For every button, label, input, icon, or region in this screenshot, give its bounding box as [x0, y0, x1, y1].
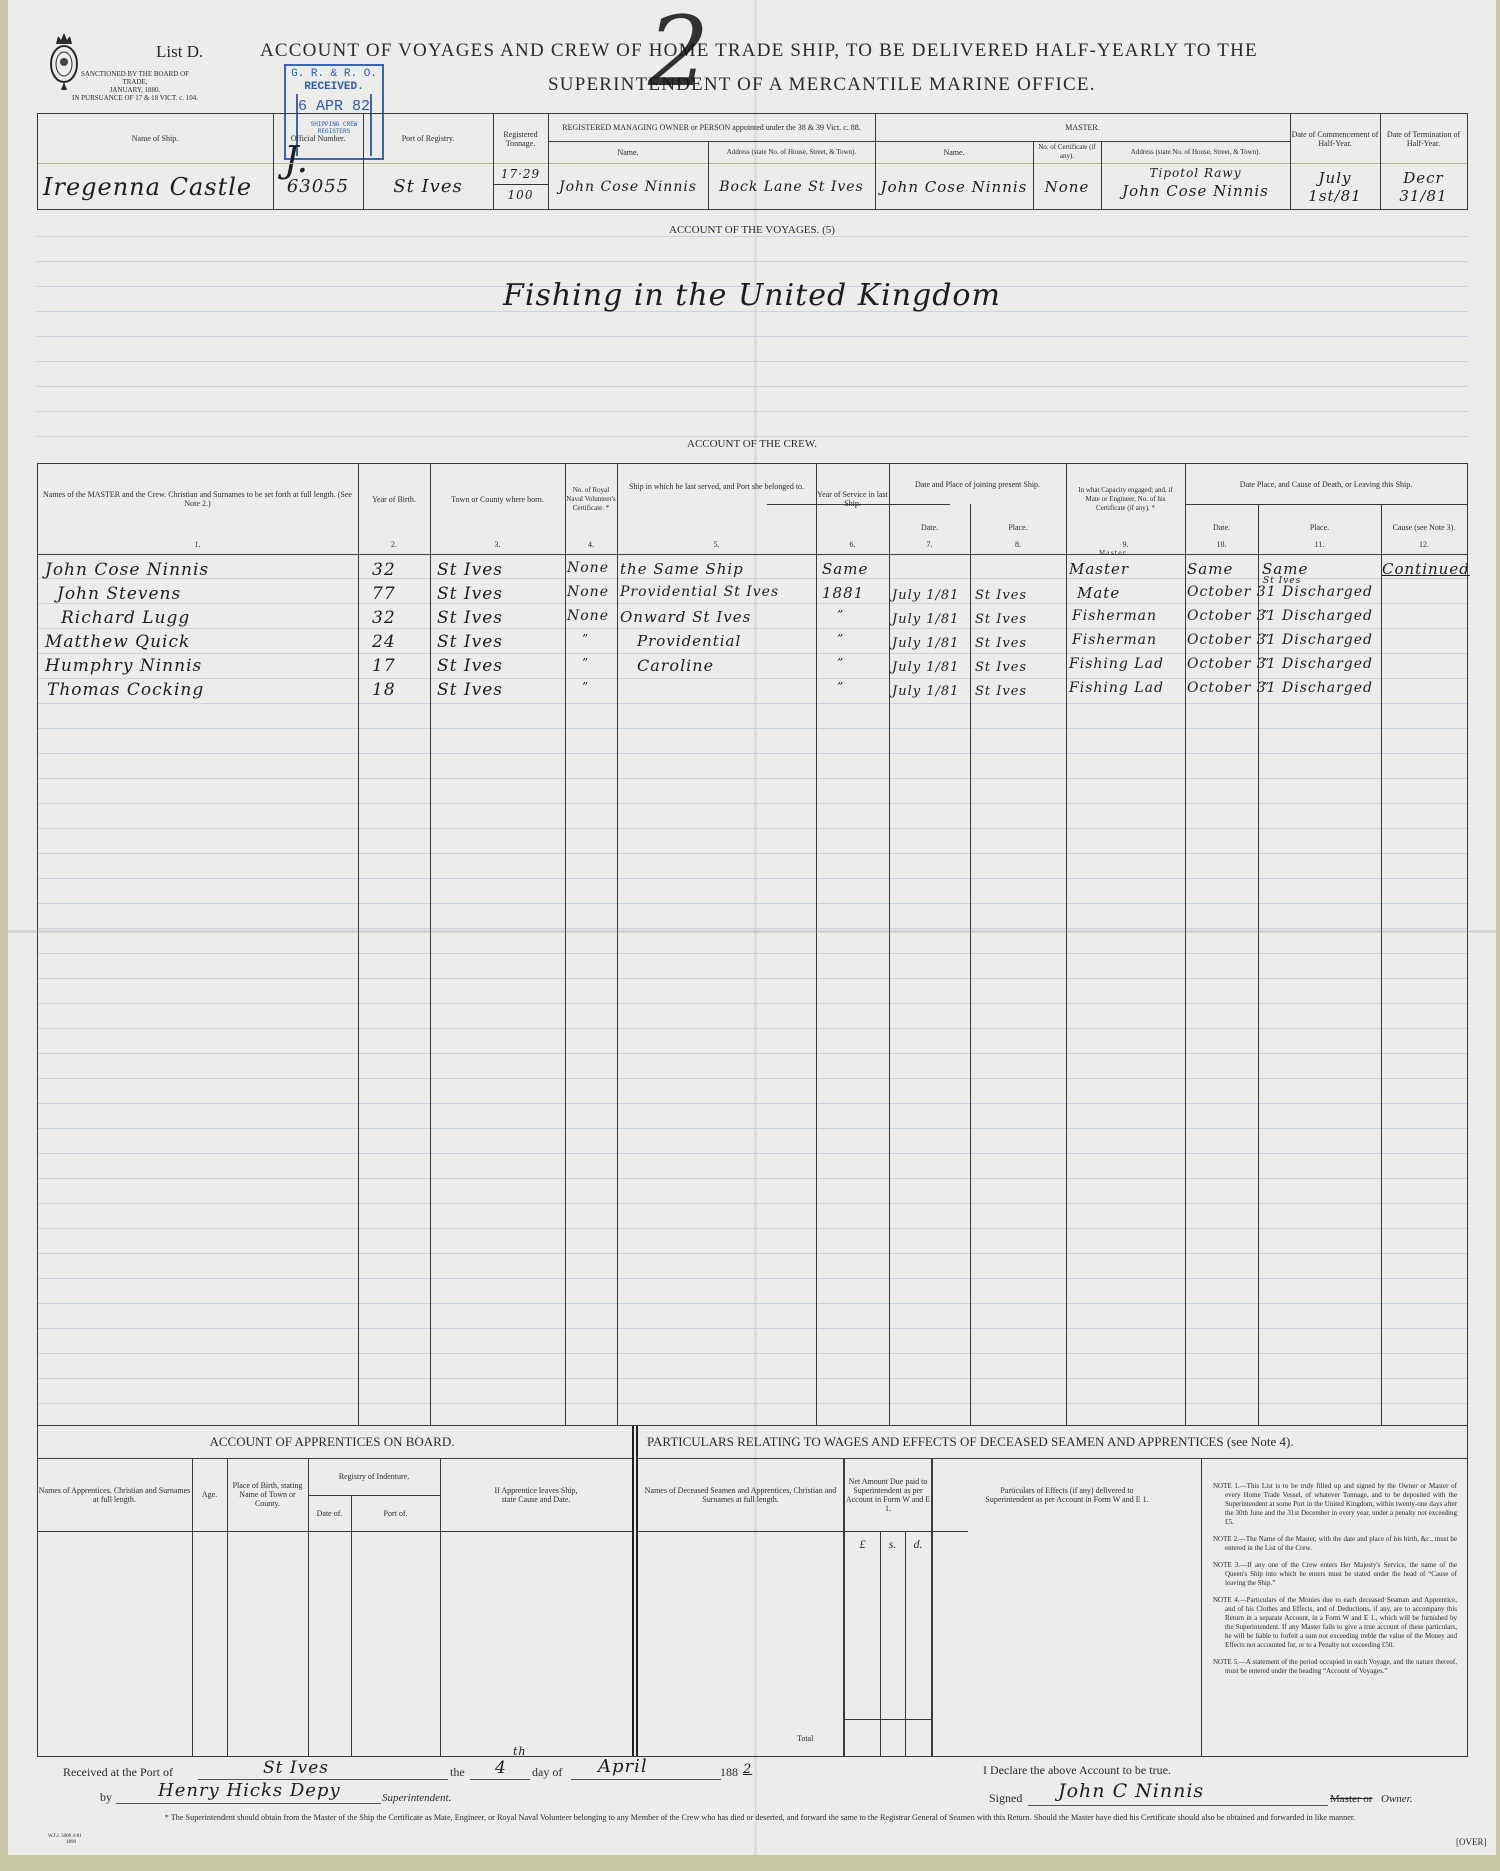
header-official-number: Official Number. [273, 114, 363, 163]
crew-heading: ACCOUNT OF THE CREW. [8, 438, 1496, 450]
note-4: NOTE 4.—Particulars of the Monies due to… [1213, 1596, 1457, 1650]
crew-cause: Discharged [1282, 632, 1373, 648]
crew-header-join-place: Place. [970, 519, 1066, 535]
superintendent-signature: Henry Hicks Depy [158, 1780, 341, 1801]
master-certificate-value: None [1033, 164, 1101, 209]
crew-rnv: ” [582, 680, 589, 694]
owner-label: Owner. [1381, 1793, 1412, 1805]
master-address-value: Tipotol Rawy John Cose Ninnis [1101, 164, 1290, 200]
crew-rnv: None [567, 584, 609, 600]
voyages-entry: Fishing in the United Kingdom [8, 278, 1496, 313]
currency-shillings: s. [880, 1534, 905, 1554]
commencement-value: July 1st/81 [1290, 164, 1380, 209]
crew-year: 32 [372, 560, 396, 580]
crew-last-ship: Caroline [637, 656, 714, 675]
month-value: April [598, 1756, 648, 1777]
crew-header-last-ship: Ship in which he last served, and Port s… [617, 464, 816, 509]
crew-name: Richard Lugg [61, 608, 190, 628]
ship-table: Name of Ship. Official Number. Port of R… [37, 113, 1468, 210]
crew-header-num-5: 5. [617, 534, 816, 554]
crew-born: St Ives [437, 608, 503, 628]
crew-row: Humphry Ninnis 17 St Ives ” Caroline ” J… [37, 656, 1468, 680]
sanction-text: SANCTIONED BY THE BOARD OF TRADE, JANUAR… [70, 70, 200, 102]
bottom-section: ACCOUNT OF APPRENTICES ON BOARD. Names o… [37, 1425, 1468, 1757]
crew-last-ship: the Same Ship [620, 560, 744, 578]
received-at-label: Received at the Port of [63, 1765, 173, 1780]
crew-capacity: Mate [1077, 584, 1120, 602]
header-owner-address: Address (state No. of House, Street, & T… [708, 141, 875, 163]
crew-join-date: July 1/81 [892, 660, 959, 675]
form-title-line2: SUPERINTENDENT OF A MERCANTILE MARINE OF… [548, 74, 1096, 96]
crew-join-place: St Ives [975, 588, 1027, 603]
currency-pounds: £ [845, 1534, 880, 1554]
crew-rnv: ” [582, 632, 589, 646]
official-number-value: 63055 [273, 164, 363, 209]
printer-mark: W.J.J. 5000 4-81 1899 [48, 1834, 82, 1846]
crew-year: 17 [372, 656, 396, 676]
crew-header-num-3: 3. [430, 534, 565, 554]
crew-capacity: Fisherman [1072, 632, 1157, 648]
currency-pence: d. [905, 1534, 931, 1554]
crew-name: John Stevens [57, 584, 181, 604]
crew-name: Humphry Ninnis [45, 656, 202, 676]
crew-join-place: St Ives [975, 660, 1027, 675]
page-number-mark: 2 [648, 0, 710, 108]
crew-header-leaving-group: Date Place, and Cause of Death, or Leavi… [1185, 464, 1467, 504]
crew-header-town-born: Town or County where born. [430, 464, 565, 534]
crew-join-place: St Ives [975, 612, 1027, 627]
year-prefix: 188 [720, 1765, 738, 1780]
crew-header-num-11: 11. [1258, 534, 1381, 554]
day-suffix: th [513, 1745, 527, 1758]
form-title-line1: ACCOUNT OF VOYAGES AND CREW OF HOME TRAD… [260, 40, 1480, 62]
crew-header-leave-place: Place. [1258, 519, 1381, 535]
crew-name: John Cose Ninnis [45, 560, 209, 580]
master-signature: John C Ninnis [1058, 1780, 1204, 1802]
apprentice-header-age: Age. [192, 1458, 227, 1531]
by-label: by [100, 1790, 112, 1805]
owner-name-value: John Cose Ninnis [548, 164, 708, 209]
crew-header-num-8: 8. [970, 534, 1066, 554]
month-field [571, 1779, 721, 1780]
crew-header-cause: Cause (see Note 3). [1381, 519, 1467, 535]
header-registered-tonnage: Registered Tonnage. [493, 114, 548, 163]
crew-rnv: None [567, 560, 609, 576]
crew-leave-place: ” [1263, 680, 1270, 694]
crew-name: Matthew Quick [45, 632, 190, 652]
header-termination: Date of Termination of Half-Year. [1380, 114, 1467, 163]
crew-row: John Stevens 77 St Ives None Providentia… [37, 584, 1468, 608]
over-label: [OVER] [1456, 1837, 1487, 1847]
crew-header-names: Names of the MASTER and the Crew. Christ… [37, 464, 358, 534]
crew-row: Thomas Cocking 18 St Ives ” ” July 1/81 … [37, 680, 1468, 704]
crew-join-place: St Ives [975, 684, 1027, 699]
crew-capacity-note: Master [1099, 550, 1127, 557]
deceased-heading: PARTICULARS RELATING TO WAGES AND EFFECT… [647, 1434, 1468, 1450]
crew-header-num-7: 7. [889, 534, 970, 554]
list-label: List D. [156, 42, 203, 62]
crew-name: Thomas Cocking [47, 680, 204, 700]
footnote-text: * The Superintendent should obtain from … [40, 1812, 1480, 1823]
deceased-header-names: Names of Deceased Seamen and Apprentices… [638, 1458, 843, 1531]
crew-header-joining-group: Date and Place of joining present Ship. [889, 464, 1066, 504]
crew-leave-place: ” [1263, 608, 1270, 622]
crew-service-year: ” [837, 632, 844, 646]
termination-value: Decr 31/81 [1380, 164, 1467, 209]
superintendent-field [116, 1803, 381, 1804]
day-value: 4 [495, 1758, 507, 1778]
voyages-heading: ACCOUNT OF THE VOYAGES. (5) [8, 224, 1496, 236]
note-2: NOTE 2.—The Name of the Master, with the… [1213, 1535, 1457, 1553]
the-label: the [450, 1765, 465, 1780]
header-name-of-ship: Name of Ship. [37, 114, 273, 163]
crew-service-year: Same [822, 560, 868, 578]
crew-rnv: ” [582, 656, 589, 670]
day-of-label: day of [532, 1765, 562, 1780]
port-of-registry-value: St Ives [363, 164, 493, 209]
form-page: List D. ACCOUNT OF VOYAGES AND CREW OF H… [8, 0, 1496, 1855]
declaration-text: I Declare the above Account to be true. [983, 1763, 1171, 1778]
fold-crease [8, 930, 1496, 933]
header-master-address: Address (state No. of House, Street, & T… [1101, 141, 1290, 163]
note-1: NOTE 1.—This List is to be truly filled … [1213, 1482, 1457, 1527]
apprentice-header-port-of: Port of. [351, 1495, 440, 1531]
crew-header-num-12: 12. [1381, 534, 1467, 554]
crew-service-year: ” [837, 680, 844, 694]
superintendent-label: Superintendent. [382, 1792, 451, 1804]
header-owner-group: REGISTERED MANAGING OWNER or PERSON appo… [548, 114, 875, 141]
crew-header-num-10: 10. [1185, 534, 1258, 554]
crew-header-num-6: 6. [816, 534, 889, 554]
crew-cause: Discharged [1282, 656, 1373, 672]
crew-year: 18 [372, 680, 396, 700]
crew-born: St Ives [437, 632, 503, 652]
ship-name-value: Iregenna Castle [37, 164, 279, 209]
apprentice-header-birthplace: Place of Birth, stating Name of Town or … [227, 1458, 308, 1531]
crew-cause: Discharged [1282, 608, 1373, 624]
crew-header-service-year: Year of Service in last Ship. [816, 464, 889, 534]
signed-label: Signed [989, 1791, 1022, 1806]
crew-last-ship: Onward St Ives [620, 608, 751, 626]
owner-address-value: Bock Lane St Ives [708, 164, 875, 209]
header-master-name: Name. [875, 141, 1033, 163]
crew-cause: Continued [1382, 560, 1470, 578]
crew-capacity: Fishing Lad [1069, 656, 1164, 672]
crew-header-num-2: 2. [358, 534, 430, 554]
crew-row: Richard Lugg 32 St Ives None Onward St I… [37, 608, 1468, 632]
year-suffix: 2 [743, 1762, 752, 1777]
header-owner-name: Name. [548, 141, 708, 163]
crew-join-date: July 1/81 [892, 588, 959, 603]
crew-cause: Discharged [1282, 584, 1373, 600]
crew-header-capacity: In what Capacity engaged; and, if Mate o… [1066, 464, 1185, 534]
day-field [470, 1779, 530, 1780]
crew-leave-place: ” [1263, 632, 1270, 646]
crew-join-date: July 1/81 [892, 636, 959, 651]
crew-header-join-date: Date. [889, 519, 970, 535]
apprentices-heading: ACCOUNT OF APPRENTICES ON BOARD. [37, 1434, 627, 1450]
crew-header-num-1: 1. [37, 534, 358, 554]
crew-header-leave-date: Date. [1185, 519, 1258, 535]
deceased-total-label: Total [797, 1734, 813, 1743]
crew-capacity: Fisherman [1072, 608, 1157, 624]
crew-join-date: July 1/81 [892, 684, 959, 699]
crew-year: 24 [372, 632, 396, 652]
crew-born: St Ives [437, 680, 503, 700]
crew-service-year: 1881 [822, 584, 864, 602]
crew-born: St Ives [437, 656, 503, 676]
notes-block: NOTE 1.—This List is to be truly filled … [1213, 1482, 1457, 1684]
crew-last-ship: Providential St Ives [620, 584, 779, 600]
crew-leave-date: October 31 [1187, 584, 1277, 600]
apprentice-header-registry: Registry of Indenture. [308, 1458, 440, 1495]
crew-last-ship: Providential [637, 632, 741, 650]
signature-field [1028, 1805, 1328, 1806]
crew-capacity: Fishing Lad [1069, 680, 1164, 696]
header-port-of-registry: Port of Registry. [363, 114, 493, 163]
crew-leave-place: ” [1263, 656, 1270, 670]
crew-row: John Cose Ninnis 32 St Ives None the Sam… [37, 560, 1468, 584]
crew-header-rnv-certificate: No. of Royal Naval Volunteer's Certifica… [565, 464, 617, 534]
header-master-group: MASTER. [875, 114, 1290, 141]
crew-capacity: Master [1069, 560, 1129, 578]
crew-join-place: St Ives [975, 636, 1027, 651]
apprentice-header-names: Names of Apprentices. Christian and Surn… [37, 1458, 192, 1531]
crew-service-year: ” [837, 656, 844, 670]
tonnage-value: 17·29 100 [493, 164, 548, 205]
crew-row: Matthew Quick 24 St Ives ” Providential … [37, 632, 1468, 656]
header-commencement: Date of Commencement of Half-Year. [1290, 114, 1380, 163]
crew-service-year: ” [837, 608, 844, 622]
deceased-header-net-amount: Net Amount Due paid to Superintendent as… [845, 1458, 931, 1531]
master-struck-label: Master or [1330, 1793, 1372, 1805]
crew-leave-date: Same [1187, 560, 1233, 578]
apprentice-header-leaves: If Apprentice leaves Ship, state Cause a… [440, 1458, 632, 1531]
crew-table: Names of the MASTER and the Crew. Christ… [37, 463, 1468, 1426]
apprentice-header-date-of: Date of. [308, 1495, 351, 1531]
voyages-area [37, 212, 1468, 442]
crew-header-year-of-birth: Year of Birth. [358, 464, 430, 534]
crew-header-num-4: 4. [565, 534, 617, 554]
crew-cause: Discharged [1282, 680, 1373, 696]
header-master-certificate: No. of Certificate (if any). [1033, 141, 1101, 163]
received-port-value: St Ives [263, 1758, 329, 1778]
note-3: NOTE 3.—If any one of the Crew enters He… [1213, 1561, 1457, 1588]
crew-born: St Ives [437, 584, 503, 604]
crew-born: St Ives [437, 560, 503, 580]
crew-join-date: July 1/81 [892, 612, 959, 627]
master-name-value: John Cose Ninnis [875, 164, 1033, 209]
crew-year: 32 [372, 608, 396, 628]
crew-year: 77 [372, 584, 396, 604]
crew-rnv: None [567, 608, 609, 624]
deceased-header-effects: Particulars of Effects (if any) delivere… [933, 1458, 1201, 1531]
note-5: NOTE 5.—A statement of the period occupi… [1213, 1658, 1457, 1676]
